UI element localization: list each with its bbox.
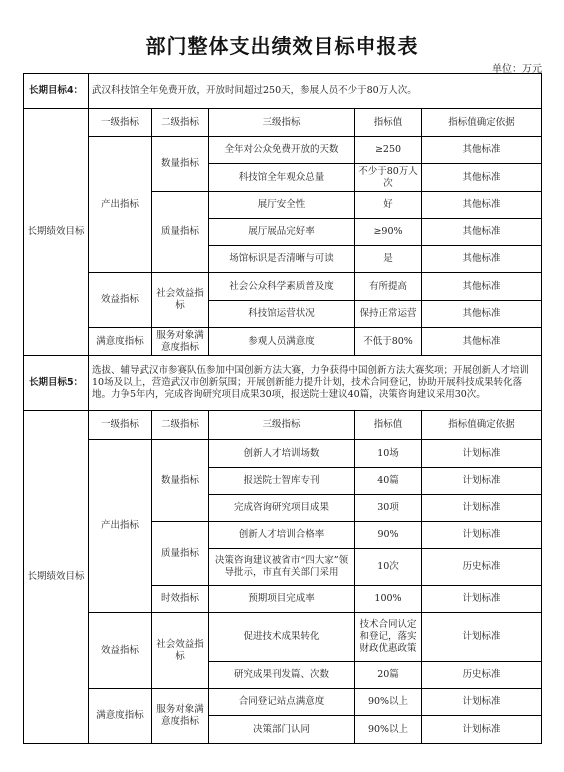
indicator-cell: 创新人才培训场数 [209,440,355,468]
basis-cell: 其他标准 [422,246,542,273]
group-quantity: 数量指标 [152,440,209,522]
indicator-cell: 研究成果刊发篇、次数 [209,662,355,689]
indicator-cell: 预期项目完成率 [209,586,355,613]
group-satisfaction: 满意度指标 [89,328,152,356]
value-cell: 20篇 [355,662,422,689]
value-cell: 是 [355,246,422,273]
group-timeliness: 时效指标 [152,586,209,613]
basis-cell: 计划标准 [422,440,542,468]
value-cell: 30项 [355,495,422,522]
header-value: 指标值 [355,411,422,440]
header-level3: 三级指标 [209,411,355,440]
group-benefit: 效益指标 [89,613,152,689]
basis-cell: 计划标准 [422,468,542,495]
basis-cell: 其他标准 [422,137,542,164]
goal5-label: 长期目标5： [24,356,89,411]
group-output: 产出指标 [89,440,152,613]
value-cell: 10次 [355,549,422,586]
header-level3: 三级指标 [209,109,355,137]
header-level1: 一级指标 [89,411,152,440]
value-cell: 90%以上 [355,716,422,744]
indicator-cell: 展厅展品完好率 [209,219,355,246]
goal5-description: 选拔、辅导武汉市参赛队伍参加中国创新方法大赛，力争获得中国创新方法大赛奖项；开展… [89,356,542,411]
value-cell: 10场 [355,440,422,468]
indicator-cell: 全年对公众免费开放的天数 [209,137,355,164]
indicator-cell: 参观人员满意度 [209,328,355,356]
indicator-cell: 决策部门认同 [209,716,355,744]
value-cell: 不少于80万人次 [355,164,422,192]
indicator-cell: 科技馆运营状况 [209,301,355,328]
group-satisfaction: 满意度指标 [89,689,152,744]
basis-cell: 历史标准 [422,549,542,586]
header-basis: 指标值确定依据 [422,411,542,440]
basis-cell: 计划标准 [422,495,542,522]
indicator-cell: 科技馆全年观众总量 [209,164,355,192]
group-service-satisfaction: 服务对象满意度指标 [152,328,209,356]
indicator-cell: 完成咨询研究项目成果 [209,495,355,522]
value-cell: 有所提高 [355,273,422,301]
indicator-cell: 报送院士智库专刊 [209,468,355,495]
indicator-cell: 创新人才培训合格率 [209,522,355,549]
goal4-description: 武汉科技馆全年免费开放，开放时间超过250天，参展人员不少于80万人次。 [89,74,542,109]
indicator-cell: 场馆标识是否清晰与可读 [209,246,355,273]
value-cell: 100% [355,586,422,613]
value-cell: 90% [355,522,422,549]
group-quality: 质量指标 [152,522,209,586]
value-cell: ≥250 [355,137,422,164]
basis-cell: 历史标准 [422,662,542,689]
basis-cell: 其他标准 [422,219,542,246]
goal4-section-label: 长期绩效目标 [24,109,89,356]
basis-cell: 其他标准 [422,301,542,328]
group-social-benefit: 社会效益指标 [152,613,209,689]
group-service-satisfaction: 服务对象满意度指标 [152,689,209,744]
basis-cell: 计划标准 [422,689,542,716]
basis-cell: 计划标准 [422,586,542,613]
group-social-benefit: 社会效益指标 [152,273,209,328]
value-cell: 保持正常运营 [355,301,422,328]
indicator-cell: 促进技术成果转化 [209,613,355,662]
header-level2: 二级指标 [152,109,209,137]
goal5-section-label: 长期绩效目标 [24,411,89,744]
basis-cell: 计划标准 [422,613,542,662]
basis-cell: 其他标准 [422,164,542,192]
value-cell: 40篇 [355,468,422,495]
value-cell: ≥90% [355,219,422,246]
indicator-cell: 社会公众科学素质普及度 [209,273,355,301]
basis-cell: 计划标准 [422,716,542,744]
basis-cell: 其他标准 [422,273,542,301]
page-title: 部门整体支出绩效目标申报表 [0,30,564,59]
header-level2: 二级指标 [152,411,209,440]
basis-cell: 其他标准 [422,192,542,219]
goal4-table: 长期目标4： 武汉科技馆全年免费开放，开放时间超过250天，参展人员不少于80万… [23,73,542,744]
value-cell: 好 [355,192,422,219]
group-quality: 质量指标 [152,192,209,273]
basis-cell: 计划标准 [422,522,542,549]
indicator-cell: 决策咨询建议被省市“四大家”领导批示，市直有关部门采用 [209,549,355,586]
header-level1: 一级指标 [89,109,152,137]
goal4-label: 长期目标4： [24,74,89,109]
indicator-cell: 展厅安全性 [209,192,355,219]
group-benefit: 效益指标 [89,273,152,328]
value-cell: 90%以上 [355,689,422,716]
header-value: 指标值 [355,109,422,137]
group-output: 产出指标 [89,137,152,273]
basis-cell: 其他标准 [422,328,542,356]
value-cell: 不低于80% [355,328,422,356]
group-quantity: 数量指标 [152,137,209,192]
indicator-cell: 合同登记站点满意度 [209,689,355,716]
header-basis: 指标值确定依据 [422,109,542,137]
value-cell: 技术合同认定和登记，落实财政优惠政策 [355,613,422,662]
